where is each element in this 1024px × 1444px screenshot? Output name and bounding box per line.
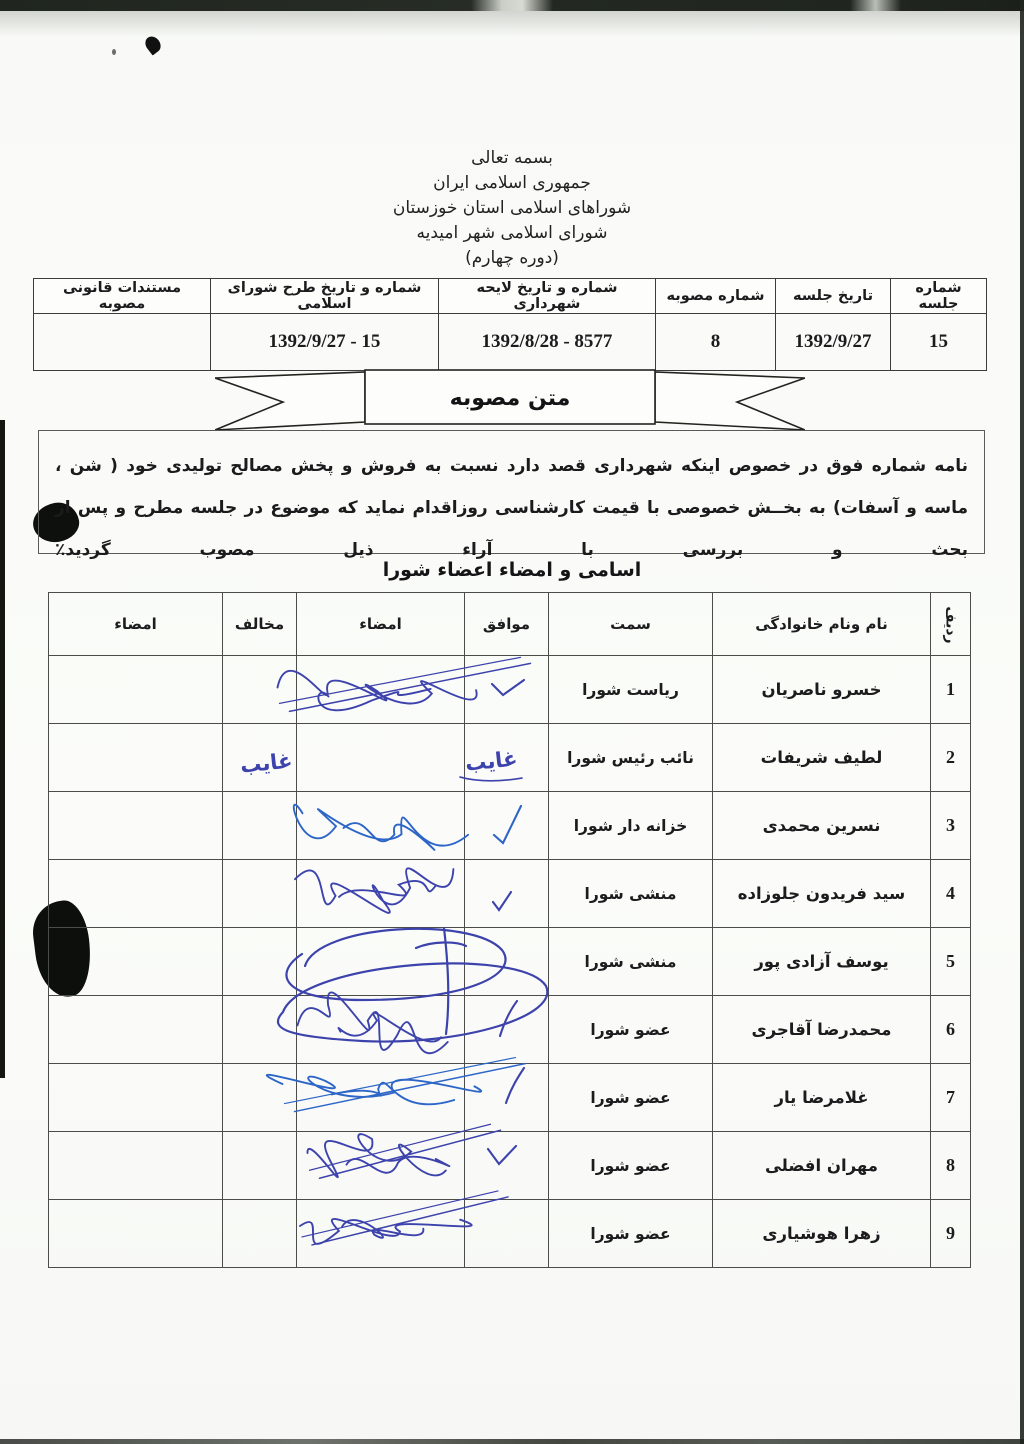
meta-header-legal-docs: مستندات قانونی مصوبه bbox=[34, 279, 211, 314]
scan-edge-bottom bbox=[0, 1439, 1024, 1444]
signature-cell bbox=[297, 656, 465, 724]
members-header-name: نام ونام خانوادگی bbox=[713, 593, 931, 656]
meta-value-legal-docs bbox=[34, 314, 211, 371]
members-header-signature: امضاء bbox=[297, 593, 465, 656]
position-cell: عضو شورا bbox=[549, 1132, 713, 1200]
opposition-cell bbox=[223, 928, 297, 996]
meta-value-plan-no-date: 1392/9/27 - 15 bbox=[211, 314, 439, 371]
table-row: 6محمدرضا آقاجریعضو شورا bbox=[49, 996, 971, 1064]
name-cell: محمدرضا آقاجری bbox=[713, 996, 931, 1064]
row-number-cell: 8 bbox=[931, 1132, 971, 1200]
members-table: ردیف نام ونام خانوادگی سمت موافق امضاء م… bbox=[48, 592, 971, 1268]
position-cell: منشی شورا bbox=[549, 928, 713, 996]
signature-2-cell bbox=[49, 1132, 223, 1200]
scan-edge-top-shadow bbox=[0, 11, 1024, 37]
meta-header-bill-no-date: شماره و تاریخ لایحه شهرداری bbox=[439, 279, 656, 314]
meta-value-row: 15 1392/9/27 8 1392/8/28 - 8577 1392/9/2… bbox=[34, 314, 987, 371]
vote-cell bbox=[465, 1200, 549, 1268]
vote-cell bbox=[465, 996, 549, 1064]
meta-header-session-no: شماره جلسه bbox=[891, 279, 987, 314]
members-section-title: اسامی و امضاء اعضاء شورا bbox=[0, 559, 1024, 581]
signature-2-cell bbox=[49, 656, 223, 724]
scan-speck bbox=[112, 49, 116, 55]
table-row: 7غلامرضا یارعضو شورا bbox=[49, 1064, 971, 1132]
position-cell: نائب رئیس شورا bbox=[549, 724, 713, 792]
members-header-row: ردیف نام ونام خانوادگی سمت موافق امضاء م… bbox=[49, 593, 971, 656]
signature-2-cell bbox=[49, 996, 223, 1064]
resolution-box: نامه شماره فوق در خصوص اینکه شهرداری قصد… bbox=[38, 430, 985, 554]
signature-2-cell bbox=[49, 1064, 223, 1132]
resolution-text: نامه شماره فوق در خصوص اینکه شهرداری قصد… bbox=[55, 445, 968, 571]
signature-cell bbox=[297, 928, 465, 996]
signature-cell bbox=[297, 792, 465, 860]
name-cell: مهران افضلی bbox=[713, 1132, 931, 1200]
signature-cell bbox=[297, 724, 465, 792]
signature-cell bbox=[297, 1132, 465, 1200]
table-row: 3نسرین محمدیخزانه دار شورا bbox=[49, 792, 971, 860]
opposition-cell bbox=[223, 1064, 297, 1132]
opposition-cell bbox=[223, 1132, 297, 1200]
vote-cell bbox=[465, 860, 549, 928]
vote-cell bbox=[465, 656, 549, 724]
table-row: 9زهرا هوشیاریعضو شورا bbox=[49, 1200, 971, 1268]
signature-2-cell bbox=[49, 928, 223, 996]
name-cell: نسرین محمدی bbox=[713, 792, 931, 860]
scan-edge-top bbox=[0, 0, 1024, 11]
position-cell: عضو شورا bbox=[549, 1200, 713, 1268]
signature-cell bbox=[297, 1200, 465, 1268]
vote-cell bbox=[465, 928, 549, 996]
vote-cell bbox=[465, 792, 549, 860]
ribbon-label: متن مصوبه bbox=[365, 372, 655, 424]
row-number-cell: 7 bbox=[931, 1064, 971, 1132]
opposition-cell bbox=[223, 656, 297, 724]
meta-header-session-date: تاریخ جلسه bbox=[776, 279, 891, 314]
table-row: 2لطیف شریفاتنائب رئیس شورا bbox=[49, 724, 971, 792]
opposition-cell bbox=[223, 860, 297, 928]
opposition-cell bbox=[223, 1200, 297, 1268]
scanned-document-page: بسمه تعالی جمهوری اسلامی ایران شوراهای ا… bbox=[0, 0, 1024, 1444]
position-cell: خزانه دار شورا bbox=[549, 792, 713, 860]
meta-header-resolution-no: شماره مصوبه bbox=[656, 279, 776, 314]
table-row: 4سید فریدون جلوزادهمنشی شورا bbox=[49, 860, 971, 928]
name-cell: سید فریدون جلوزاده bbox=[713, 860, 931, 928]
row-number-cell: 6 bbox=[931, 996, 971, 1064]
members-header-oppose: مخالف bbox=[223, 593, 297, 656]
meta-value-resolution-no: 8 bbox=[656, 314, 776, 371]
name-cell: لطیف شریفات bbox=[713, 724, 931, 792]
members-header-row-no: ردیف bbox=[931, 593, 971, 656]
table-row: 8مهران افضلیعضو شورا bbox=[49, 1132, 971, 1200]
opposition-cell bbox=[223, 724, 297, 792]
signature-2-cell bbox=[49, 860, 223, 928]
table-row: 1خسرو ناصریانریاست شورا bbox=[49, 656, 971, 724]
members-header-agree: موافق bbox=[465, 593, 549, 656]
meta-value-bill-no-date: 1392/8/28 - 8577 bbox=[439, 314, 656, 371]
name-cell: خسرو ناصریان bbox=[713, 656, 931, 724]
position-cell: ریاست شورا bbox=[549, 656, 713, 724]
row-number-cell: 2 bbox=[931, 724, 971, 792]
opposition-cell bbox=[223, 996, 297, 1064]
table-row: 5یوسف آزادی پورمنشی شورا bbox=[49, 928, 971, 996]
letterhead-line-term: (دوره چهارم) bbox=[0, 246, 1024, 271]
members-header-position: سمت bbox=[549, 593, 713, 656]
signature-cell bbox=[297, 860, 465, 928]
name-cell: غلامرضا یار bbox=[713, 1064, 931, 1132]
meta-table: شماره جلسه تاریخ جلسه شماره مصوبه شماره … bbox=[33, 278, 987, 371]
position-cell: عضو شورا bbox=[549, 1064, 713, 1132]
resolution-ribbon: متن مصوبه bbox=[215, 368, 805, 432]
signature-cell bbox=[297, 996, 465, 1064]
scan-edge-left bbox=[0, 420, 5, 1078]
meta-header-plan-no-date: شماره و تاریخ طرح شورای اسلامی bbox=[211, 279, 439, 314]
name-cell: زهرا هوشیاری bbox=[713, 1200, 931, 1268]
row-number-cell: 9 bbox=[931, 1200, 971, 1268]
vote-cell bbox=[465, 724, 549, 792]
signature-2-cell bbox=[49, 1200, 223, 1268]
meta-header-row: شماره جلسه تاریخ جلسه شماره مصوبه شماره … bbox=[34, 279, 987, 314]
row-number-cell: 1 bbox=[931, 656, 971, 724]
letterhead-line-republic: جمهوری اسلامی ایران bbox=[0, 171, 1024, 196]
meta-value-session-no: 15 bbox=[891, 314, 987, 371]
letterhead-line-city-council: شورای اسلامی شهر امیدیه bbox=[0, 221, 1024, 246]
position-cell: منشی شورا bbox=[549, 860, 713, 928]
opposition-cell bbox=[223, 792, 297, 860]
row-number-cell: 4 bbox=[931, 860, 971, 928]
signature-cell bbox=[297, 1064, 465, 1132]
letterhead-line-province-councils: شوراهای اسلامی استان خوزستان bbox=[0, 196, 1024, 221]
vote-cell bbox=[465, 1132, 549, 1200]
vote-cell bbox=[465, 1064, 549, 1132]
letterhead-line-basmala: بسمه تعالی bbox=[0, 146, 1024, 171]
members-header-signature-2: امضاء bbox=[49, 593, 223, 656]
document-letterhead: بسمه تعالی جمهوری اسلامی ایران شوراهای ا… bbox=[0, 146, 1024, 271]
name-cell: یوسف آزادی پور bbox=[713, 928, 931, 996]
signature-2-cell bbox=[49, 792, 223, 860]
signature-2-cell bbox=[49, 724, 223, 792]
position-cell: عضو شورا bbox=[549, 996, 713, 1064]
meta-value-session-date: 1392/9/27 bbox=[776, 314, 891, 371]
row-number-cell: 3 bbox=[931, 792, 971, 860]
row-number-cell: 5 bbox=[931, 928, 971, 996]
